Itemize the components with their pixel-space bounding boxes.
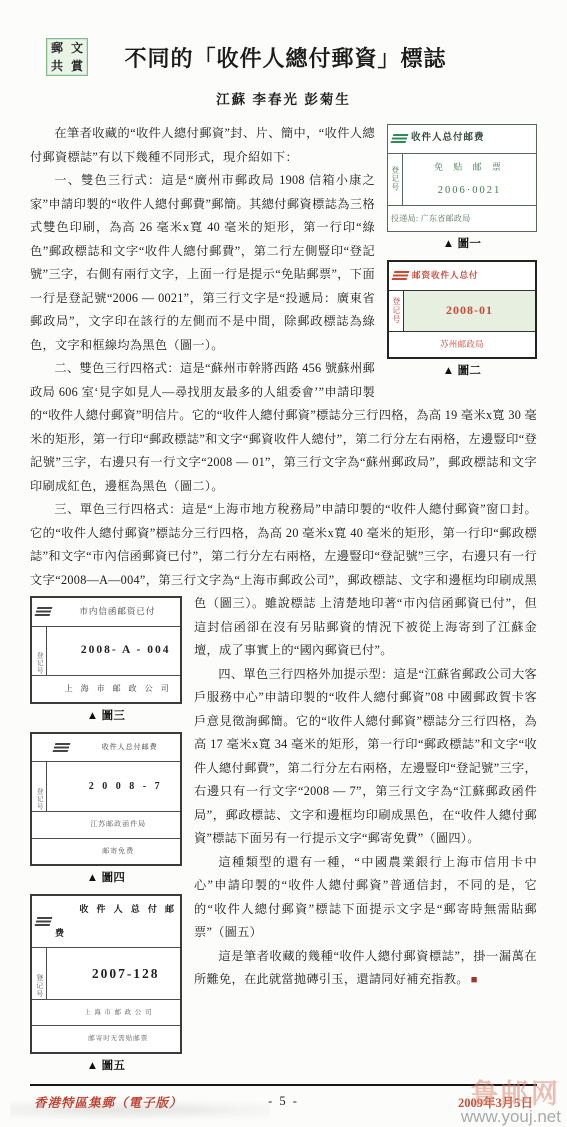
stamp-header-text: 收件人总付邮费 <box>411 127 485 151</box>
stamp-number-cell: 免 贴 邮 票 2006·0021 <box>403 154 536 205</box>
stamp-number-cell: 2 0 0 8 - 7 <box>47 762 180 811</box>
issue-date: 2009年3月5日 <box>458 1093 533 1111</box>
figure-column-left: 市内信函邮资已付 登记号 2008- A - 004 上 海 市 邮 政 公 司… <box>30 596 182 1082</box>
badge-char: 共 <box>51 60 63 72</box>
stamp-number-cell: 2008-01 <box>404 291 535 331</box>
post-office-text: 上 海 市 邮 政 公 司 <box>32 675 180 702</box>
china-post-emblem-icon <box>391 134 409 143</box>
stamp-header: 收 件 人 总 付 邮 费 <box>32 896 180 948</box>
registration-label: 登记号 <box>32 762 47 811</box>
stamp-middle-row: 登记号 2 0 0 8 - 7 <box>32 762 180 811</box>
registration-number: 2008-01 <box>446 299 493 323</box>
stamp-header: 邮资收件人总付 <box>389 262 535 291</box>
stamp-header: 收件人总付邮费 <box>388 125 536 154</box>
figure-column-right: 收件人总付邮费 登记号 免 贴 邮 票 2006·0021 投递局: 广东省邮政… <box>387 124 537 387</box>
china-post-emblem-icon <box>35 607 53 616</box>
stamp-number-cell: 2008- A - 004 <box>47 627 180 676</box>
figure-caption-2: ▲ 圖二 <box>387 363 537 379</box>
page-title: 不同的「收件人總付郵資」標誌 <box>88 42 537 73</box>
figure-caption-3: ▲ 圖三 <box>30 708 182 724</box>
stamp-middle-row: 登记号 2008- A - 004 <box>32 627 180 676</box>
figure-stamp-3: 市内信函邮资已付 登记号 2008- A - 004 上 海 市 邮 政 公 司 <box>30 596 182 704</box>
stamp-number-cell: 2007-128 <box>47 948 180 998</box>
figure-stamp-4: 收件人总付邮费 登记号 2 0 0 8 - 7 江苏邮政函件局 邮寄免费 <box>30 732 182 866</box>
stamp-middle-row: 登记号 2008-01 <box>389 291 535 331</box>
figure-caption-1: ▲ 圖一 <box>387 236 537 252</box>
registration-label: 登记号 <box>389 291 404 331</box>
post-office-text: 上 海 市 邮 政 公 司 <box>32 999 180 1026</box>
article-end-mark: ■ <box>471 974 478 986</box>
registration-number: 2006·0021 <box>438 179 502 203</box>
article-body: 收件人总付邮费 登记号 免 贴 邮 票 2006·0021 投递局: 广东省邮政… <box>30 122 537 1084</box>
no-stamp-needed-note: 邮寄时无需贴邮票 <box>32 1025 180 1052</box>
china-post-emblem-icon <box>35 917 53 926</box>
stamp-header-text: 收件人总付邮费 <box>77 736 157 760</box>
registration-number: 2008- A - 004 <box>57 639 171 663</box>
stamp-header: 市内信函邮资已付 <box>32 598 180 627</box>
stamp-middle-row: 登记号 2007-128 <box>32 948 180 998</box>
free-postage-text: 免 贴 邮 票 <box>434 156 505 180</box>
registration-label: 登记号 <box>388 154 403 205</box>
page-footer: 香港特區集郵（電子版） - 5 - 2009年3月5日 <box>30 1084 537 1127</box>
stamp-header-text: 邮资收件人总付 <box>412 264 479 288</box>
badge-char: 郵 <box>51 42 63 54</box>
registration-number: 2 0 0 8 - 7 <box>64 775 162 799</box>
registration-label: 登记号 <box>32 627 47 676</box>
column-category-badge: 郵 文 共 賞 <box>46 38 88 76</box>
figure-stamp-1: 收件人总付邮费 登记号 免 贴 邮 票 2006·0021 投递局: 广东省邮政… <box>387 124 537 232</box>
china-post-emblem-icon <box>392 271 410 280</box>
free-mailing-note: 邮寄免费 <box>32 838 180 865</box>
post-office-text: 江苏邮政函件局 <box>32 811 180 838</box>
closing-text: 這是筆者收藏的幾種“收件人總付郵資標誌”，掛一漏萬在所難免，在此就當拋磚引玉，還… <box>194 949 537 987</box>
stamp-middle-row: 登记号 免 贴 邮 票 2006·0021 <box>388 154 536 205</box>
paragraph-3: 三、單色三行四格式：這是“上海市地方稅務局”申請印製的“收件人總付郵資”窗口封。… <box>30 498 537 663</box>
journal-name: 香港特區集郵（電子版） <box>34 1093 183 1111</box>
stamp-header-text: 收 件 人 总 付 邮 费 <box>55 898 176 945</box>
registration-label: 登记号 <box>32 948 47 998</box>
china-post-emblem-icon <box>53 743 71 752</box>
registration-number: 2007-128 <box>67 962 159 986</box>
figure-stamp-5: 收 件 人 总 付 邮 费 登记号 2007-128 上 海 市 邮 政 公 司… <box>30 894 182 1053</box>
authors-line: 江蘇 李春光 彭菊生 <box>30 88 537 108</box>
delivery-office-text: 投递局: 广东省邮政局 <box>388 205 536 232</box>
figure-stamp-2: 邮资收件人总付 登记号 2008-01 苏州邮政局 <box>387 260 537 359</box>
page-number: - 5 - <box>268 1094 299 1109</box>
post-office-text: 苏州邮政局 <box>389 331 535 358</box>
badge-char: 賞 <box>71 60 83 72</box>
magazine-page: 郵 文 共 賞 不同的「收件人總付郵資」標誌 江蘇 李春光 彭菊生 收件人总付邮… <box>0 0 567 1127</box>
figure-caption-5: ▲ 圖五 <box>30 1058 182 1074</box>
figure-caption-4: ▲ 圖四 <box>30 870 182 886</box>
badge-char: 文 <box>71 42 83 54</box>
header: 郵 文 共 賞 不同的「收件人總付郵資」標誌 <box>30 38 537 76</box>
stamp-header-text: 市内信函邮资已付 <box>55 600 155 624</box>
stamp-header: 收件人总付邮费 <box>32 734 180 763</box>
paragraph-3-part-a: 三、單色三行四格式：這是“上海市地方稅務局”申請印製的“收件人總付郵資”窗口封。… <box>30 502 537 610</box>
